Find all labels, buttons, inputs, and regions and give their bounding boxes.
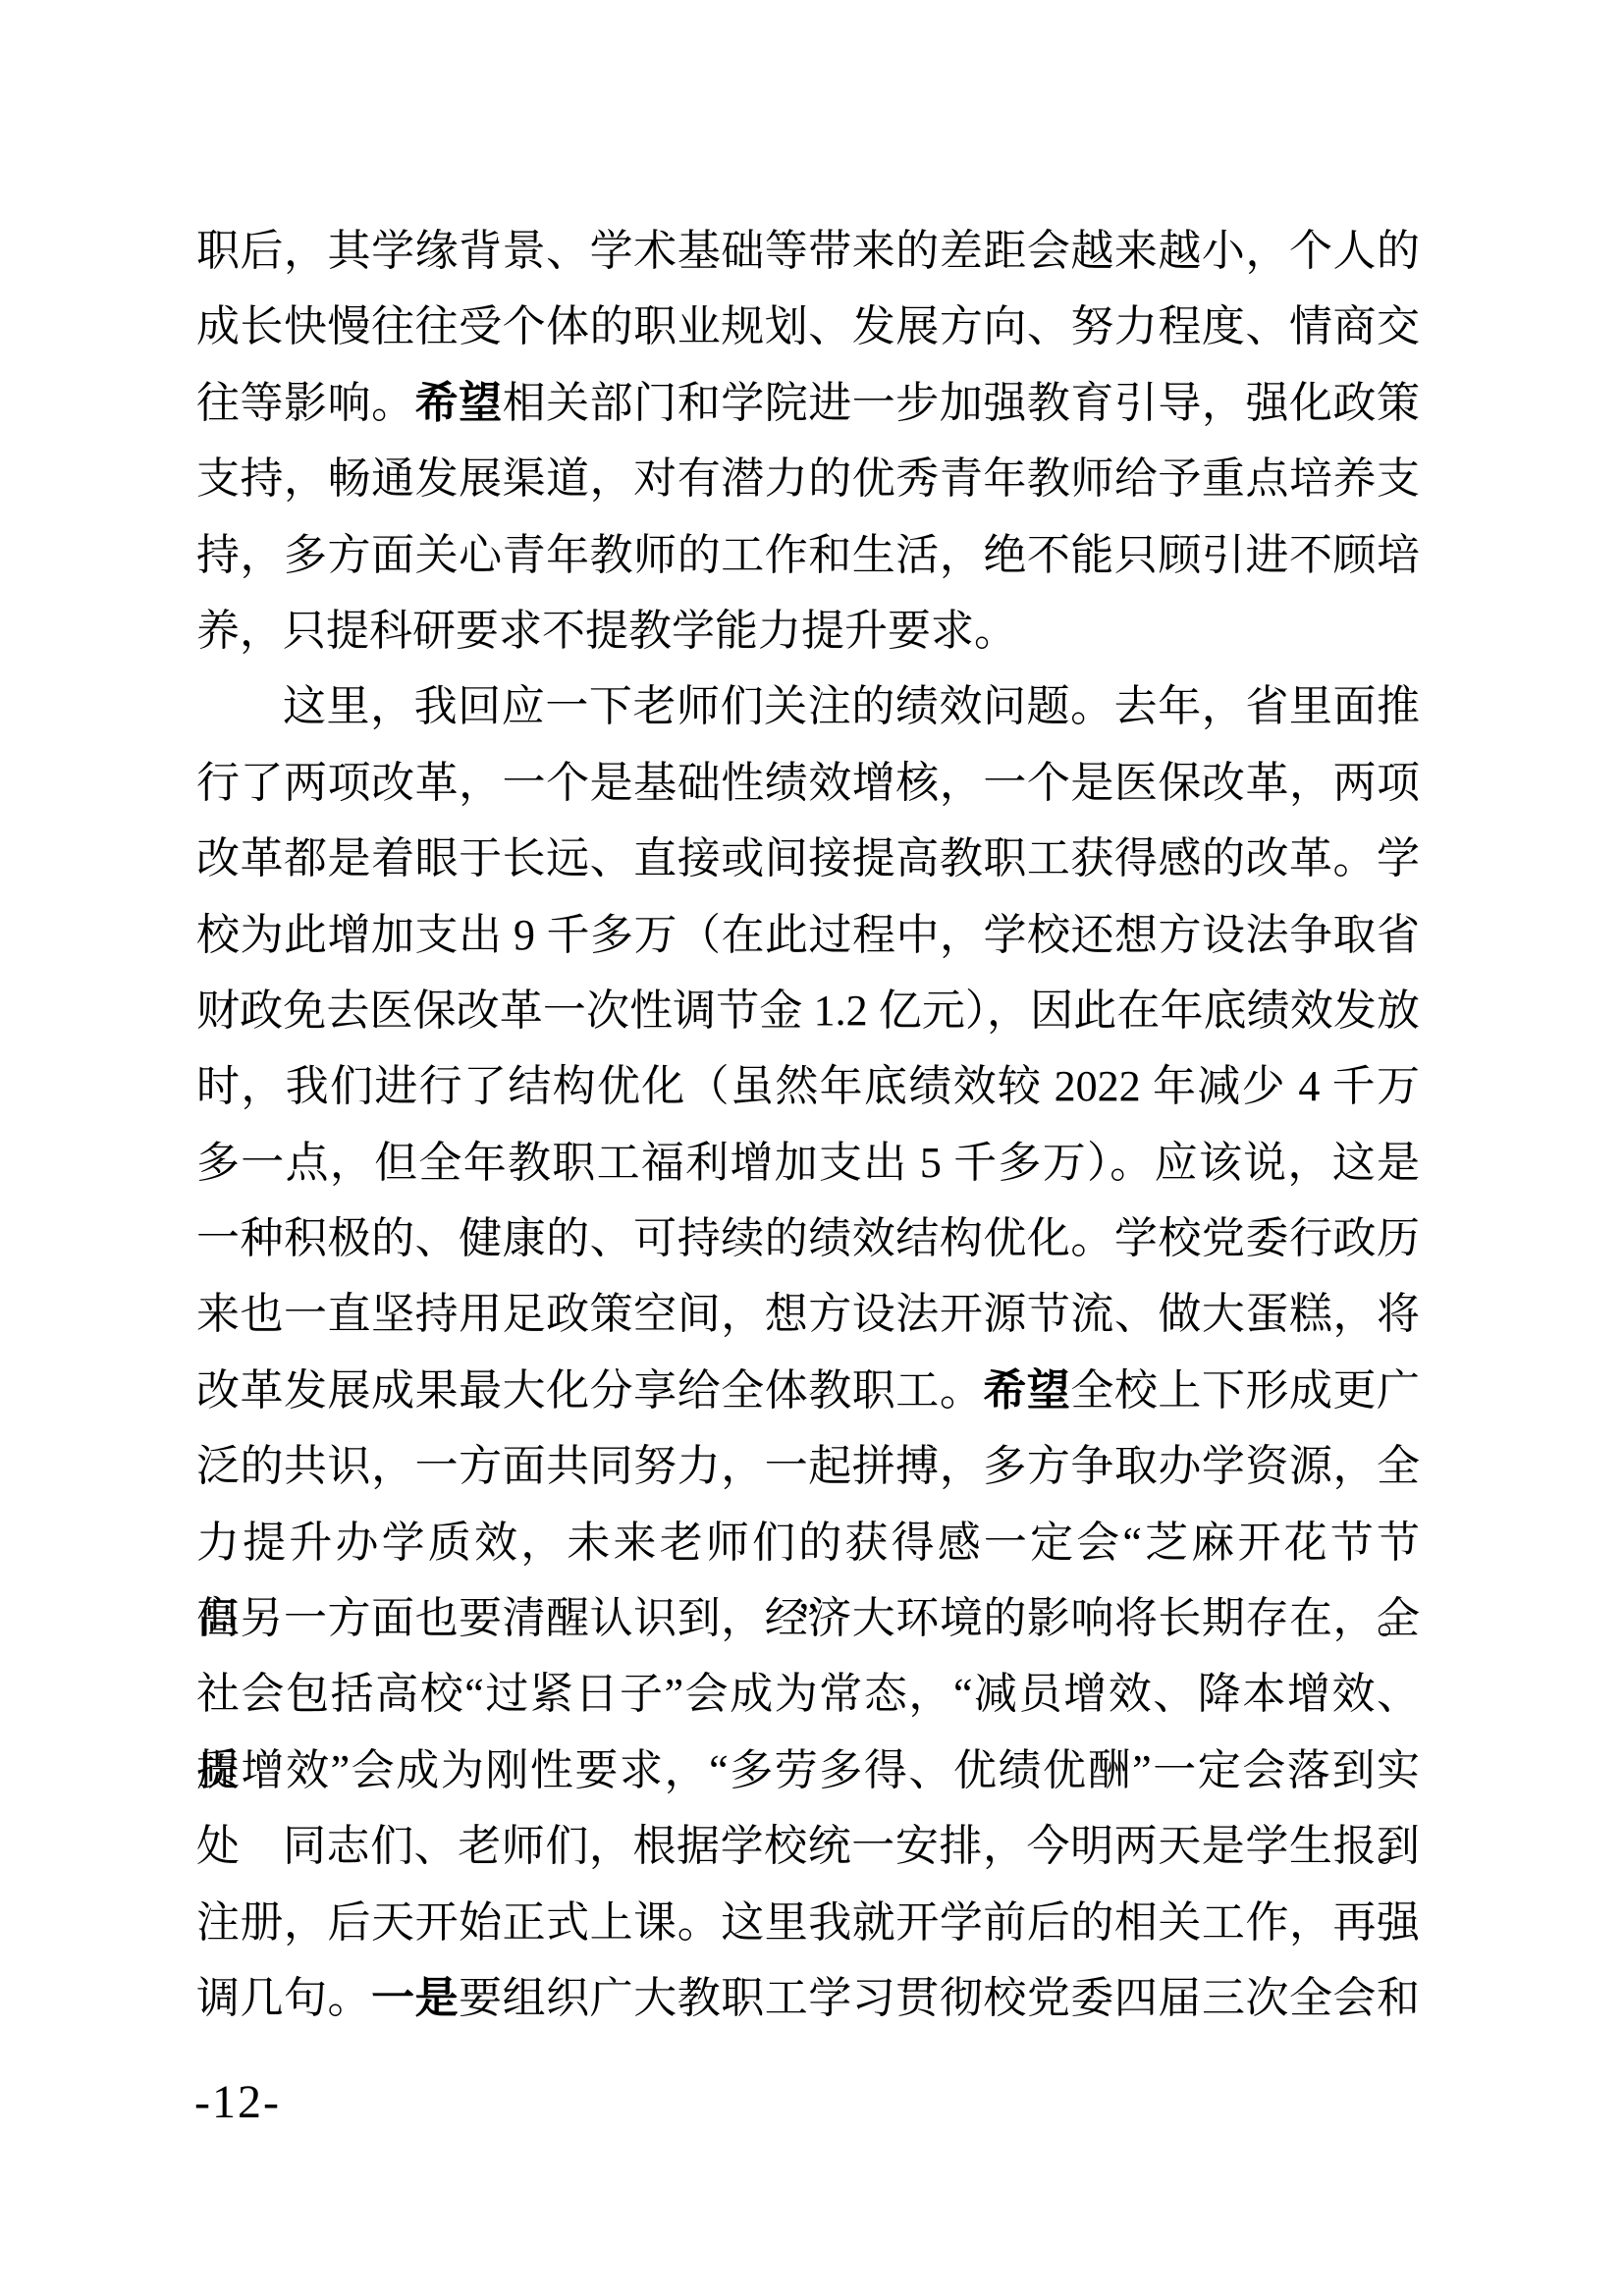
text-line: 来也一直坚持用足政策空间，想方设法开源节流、做大蛋糕，将 <box>196 1276 1420 1352</box>
text-line: 泛的共识，一方面共同努力，一起拼搏，多方争取办学资源，全 <box>196 1428 1420 1504</box>
text-line: 注册，后天开始正式上课。这里我就开学前后的相关工作，再强 <box>196 1885 1420 1960</box>
text-line: 往等影响。希望相关部门和学院进一步加强教育引导，强化政策 <box>196 365 1420 441</box>
body-text-run: 财政免去医保改革一次性调节金 1.2 亿元），因此在年底绩效发放 <box>196 987 1420 1035</box>
text-line: 力提升办学质效，未来老师们的获得感一定会“芝麻开花节节高”。 <box>196 1505 1420 1580</box>
body-text-run: 同志们、老师们，根据学校统一安排，今明两天是学生报到 <box>283 1822 1420 1870</box>
document-page: 职后，其学缘背景、学术基础等带来的差距会越来越小，个人的成长快慢往往受个体的职业… <box>0 0 1624 2296</box>
body-text-run: 时，我们进行了结构优化（虽然年底绩效较 2022 年减少 4 千万 <box>196 1062 1420 1110</box>
text-line: 财政免去医保改革一次性调节金 1.2 亿元），因此在年底绩效发放 <box>196 973 1420 1048</box>
text-line: 时，我们进行了结构优化（虽然年底绩效较 2022 年减少 4 千万 <box>196 1048 1420 1124</box>
body-text-run: 多一点，但全年教职工福利增加支出 5 千多万）。应该说，这是 <box>196 1139 1420 1187</box>
text-line: 但另一方面也要清醒认识到，经济大环境的影响将长期存在，全 <box>196 1580 1420 1656</box>
body-text-run: 校为此增加支出 9 千多万（在此过程中，学校还想方设法争取省 <box>196 911 1420 959</box>
body-text-run: 来也一直坚持用足政策空间，想方设法开源节流、做大蛋糕，将 <box>196 1290 1420 1338</box>
body-text-run: 注册，后天开始正式上课。这里我就开学前后的相关工作，再强 <box>196 1898 1420 1947</box>
text-line: 质增效”会成为刚性要求，“多劳多得、优绩优酬”一定会落到实处。 <box>196 1733 1420 1808</box>
body-text-run: 泛的共识，一方面共同努力，一起拼搏，多方争取办学资源，全 <box>196 1442 1420 1490</box>
body-text-run: 成长快慢往往受个体的职业规划、发展方向、努力程度、情商交 <box>196 302 1420 350</box>
text-line: 同志们、老师们，根据学校统一安排，今明两天是学生报到 <box>196 1808 1420 1884</box>
body-text-run: 养，只提科研要求不提教学能力提升要求。 <box>196 607 1017 655</box>
body-text-run: 但另一方面也要清醒认识到，经济大环境的影响将长期存在，全 <box>196 1594 1420 1642</box>
body-text-run: 往等影响。 <box>196 379 415 427</box>
text-line: 多一点，但全年教职工福利增加支出 5 千多万）。应该说，这是 <box>196 1125 1420 1201</box>
emphasis-text: 希望 <box>415 379 503 427</box>
text-line: 这里，我回应一下老师们关注的绩效问题。去年，省里面推 <box>196 668 1420 744</box>
body-text-run: 这里，我回应一下老师们关注的绩效问题。去年，省里面推 <box>283 682 1420 730</box>
body-text-run: 调几句。 <box>196 1974 371 2022</box>
text-line: 调几句。一是要组织广大教职工学习贯彻校党委四届三次全会和 <box>196 1960 1420 2036</box>
text-line: 社会包括高校“过紧日子”会成为常态，“减员增效、降本增效、提 <box>196 1656 1420 1732</box>
page-number: -12- <box>194 2073 281 2132</box>
body-text-run: 全校上下形成更广 <box>1070 1366 1420 1415</box>
emphasis-text: 一是 <box>371 1974 459 2022</box>
body-text-run: 一种积极的、健康的、可持续的绩效结构优化。学校党委行政历 <box>196 1214 1420 1262</box>
text-line: 改革发展成果最大化分享给全体教职工。希望全校上下形成更广 <box>196 1353 1420 1428</box>
body-text-run: 要组织广大教职工学习贯彻校党委四届三次全会和 <box>459 1974 1420 2022</box>
body-text-run: 支持，畅通发展渠道，对有潜力的优秀青年教师给予重点培养支 <box>196 454 1420 503</box>
body-text-run: 相关部门和学院进一步加强教育引导，强化政策 <box>503 379 1420 427</box>
emphasis-text: 希望 <box>983 1366 1070 1415</box>
text-line: 改革都是着眼于长远、直接或间接提高教职工获得感的改革。学 <box>196 821 1420 896</box>
text-line: 持，多方面关心青年教师的工作和生活，绝不能只顾引进不顾培 <box>196 517 1420 593</box>
text-line: 校为此增加支出 9 千多万（在此过程中，学校还想方设法争取省 <box>196 897 1420 973</box>
text-line: 一种积极的、健康的、可持续的绩效结构优化。学校党委行政历 <box>196 1201 1420 1276</box>
text-line: 养，只提科研要求不提教学能力提升要求。 <box>196 593 1420 668</box>
text-line: 职后，其学缘背景、学术基础等带来的差距会越来越小，个人的 <box>196 213 1420 289</box>
text-line: 行了两项改革，一个是基础性绩效增核，一个是医保改革，两项 <box>196 745 1420 821</box>
text-line: 支持，畅通发展渠道，对有潜力的优秀青年教师给予重点培养支 <box>196 441 1420 516</box>
body-text-run: 职后，其学缘背景、学术基础等带来的差距会越来越小，个人的 <box>196 227 1420 275</box>
body-text-run: 改革发展成果最大化分享给全体教职工。 <box>196 1366 983 1415</box>
body-text-run: 改革都是着眼于长远、直接或间接提高教职工获得感的改革。学 <box>196 834 1420 882</box>
body-text-run: 持，多方面关心青年教师的工作和生活，绝不能只顾引进不顾培 <box>196 531 1420 579</box>
document-body: 职后，其学缘背景、学术基础等带来的差距会越来越小，个人的成长快慢往往受个体的职业… <box>196 213 1420 2036</box>
text-line: 成长快慢往往受个体的职业规划、发展方向、努力程度、情商交 <box>196 289 1420 364</box>
body-text-run: 行了两项改革，一个是基础性绩效增核，一个是医保改革，两项 <box>196 759 1420 807</box>
